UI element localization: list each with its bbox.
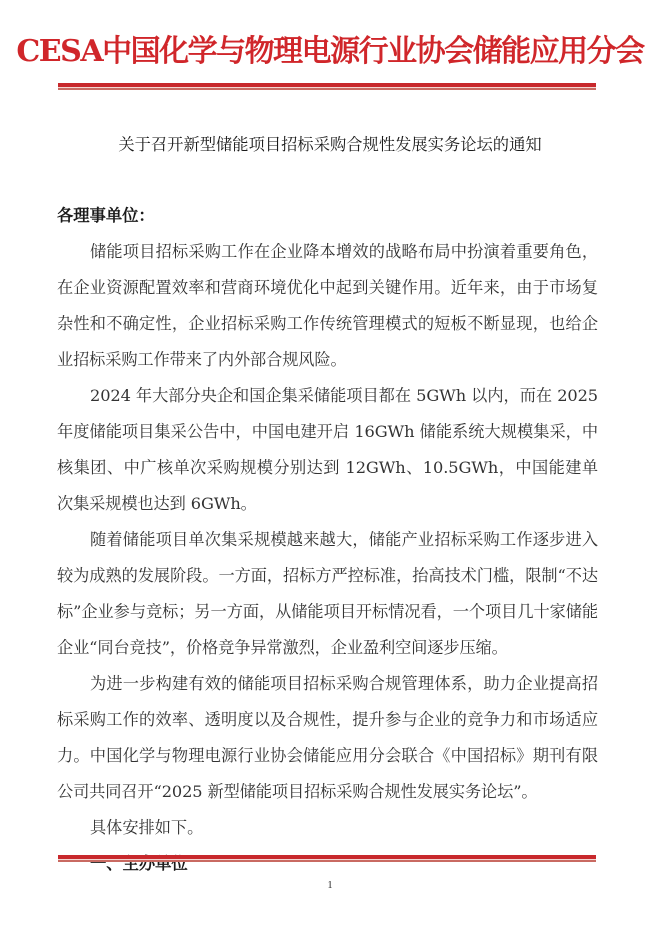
document-title: 关于召开新型储能项目招标采购合规性发展实务论坛的通知 [0,133,660,157]
letterhead-divider [58,83,596,90]
page-number: 1 [0,880,660,892]
divider-thin-line [58,860,596,862]
section-heading-organizer: 一、主办单位 [57,846,598,882]
body-paragraph: 2024 年大部分央企和国企集采储能项目都在 5GWh 以内，而在 2025 年… [57,378,598,522]
divider-thin-line [58,88,596,90]
letterhead-organization-name: CESA中国化学与物理电源行业协会储能应用分会 [0,30,660,74]
body-paragraph: 为进一步构建有效的储能项目招标采购合规管理体系，助力企业提高招标采购工作的效率、… [57,666,598,810]
closing-line: 具体安排如下。 [57,810,598,846]
footer-divider [58,855,596,862]
document-body: 各理事单位： 储能项目招标采购工作在企业降本增效的战略布局中扮演着重要角色，在企… [57,202,598,882]
body-paragraph: 随着储能项目单次集采规模越来越大，储能产业招标采购工作逐步进入较为成熟的发展阶段… [57,522,598,666]
salutation: 各理事单位： [57,202,598,230]
body-paragraph: 储能项目招标采购工作在企业降本增效的战略布局中扮演着重要角色，在企业资源配置效率… [57,234,598,378]
